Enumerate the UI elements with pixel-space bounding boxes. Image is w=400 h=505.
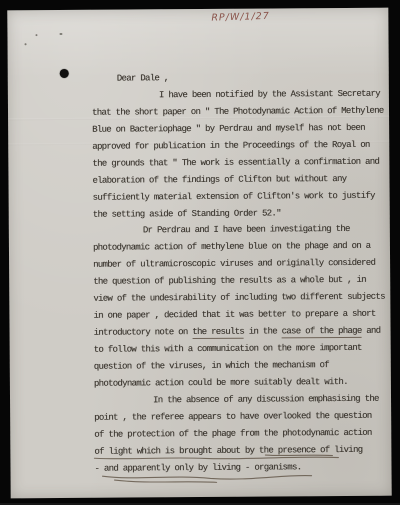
typed-text: photodynamic action of methylene blue on… <box>93 241 370 253</box>
typed-text: and <box>361 326 380 336</box>
letter-line: approved for publication in the Proceedi… <box>92 136 388 155</box>
letter-line: Dear Dale , <box>92 69 388 88</box>
typed-text: point , the referee appears to have over… <box>94 411 371 423</box>
typed-text: Dear Dale , <box>117 73 169 83</box>
letter-line: sufficiently material extension of Clift… <box>93 187 389 206</box>
letter-line: of the protection of the phage from the … <box>94 424 390 443</box>
typed-text: the grounds that " The work is essential… <box>92 156 379 168</box>
letter-body: Dear Dale ,I have been notified by the A… <box>92 69 391 478</box>
letter-line: point , the referee appears to have over… <box>94 407 390 426</box>
scan-frame: RP/W/1/27 Dear Dale ,I have been notifie… <box>0 0 400 505</box>
typed-text: question of the viruses, in which the me… <box>94 360 329 372</box>
typed-text: in one paper , decided that it was bette… <box>93 309 375 321</box>
typed-text: the question of publishing the results a… <box>93 275 366 287</box>
typed-text: photodynamic action could be more suitab… <box>94 377 348 389</box>
typed-text: number of ultramicroscopic viruses and o… <box>93 258 375 270</box>
typed-text: sufficiently material extension of Clift… <box>93 190 375 202</box>
pencil-underline <box>115 479 217 483</box>
typed-text: elaboration of the findings of Clifton b… <box>92 174 346 186</box>
letter-page: RP/W/1/27 Dear Dale ,I have been notifie… <box>7 8 391 499</box>
letter-line: In the absence of any discussion emphasi… <box>94 390 390 409</box>
typed-text: In the absence of any discussion emphasi… <box>153 394 379 406</box>
typed-text: approved for publication in the Proceedi… <box>92 140 369 152</box>
typed-text: the setting aside of Standing Order 52." <box>93 208 281 219</box>
typed-text: to follow this with a communication on t… <box>94 343 362 355</box>
typed-text: that the short paper on " The Photodynam… <box>92 106 384 118</box>
letter-line: introductory note on the results in the … <box>93 323 389 342</box>
letter-line: the setting aside of Standing Order 52." <box>93 204 389 223</box>
typed-text: Dr Perdrau and I have been investigating… <box>143 224 350 235</box>
ink-speck <box>59 33 62 35</box>
typed-text: I have been notified by the Assistant Se… <box>159 89 380 101</box>
letter-line: elaboration of the findings of Clifton b… <box>92 170 388 189</box>
letter-line: to follow this with a communication on t… <box>94 340 390 359</box>
letter-line: - and apparently only by living - organi… <box>94 458 390 477</box>
letter-line: Blue on Bacteriophage " by Perdrau and m… <box>92 119 388 138</box>
typed-text: in the <box>244 326 282 336</box>
ink-speck <box>35 34 37 36</box>
letter-line: the question of publishing the results a… <box>93 272 389 291</box>
typed-text: of light which is brought about by the p… <box>94 444 362 456</box>
letter-line: that the short paper on " The Photodynam… <box>92 103 388 122</box>
letter-line: question of the viruses, in which the me… <box>94 357 390 376</box>
letter-line: the grounds that " The work is essential… <box>92 153 388 172</box>
typed-text: view of the undesirability of including … <box>93 292 385 304</box>
letter-line: photodynamic action of methylene blue on… <box>93 238 389 257</box>
letter-line: view of the undesirability of including … <box>93 289 389 308</box>
letter-line: photodynamic action could be more suitab… <box>94 374 390 393</box>
ink-blot <box>60 69 69 78</box>
letter-line: of light which is brought about by the p… <box>94 441 390 460</box>
letter-line: in one paper , decided that it was bette… <box>93 306 389 325</box>
letter-line: number of ultramicroscopic viruses and o… <box>93 255 389 274</box>
pencil-underlined-text: case of the phage <box>282 326 362 338</box>
archival-reference: RP/W/1/27 <box>211 11 270 24</box>
ink-speck <box>25 43 27 45</box>
typed-text: Blue on Bacteriophage " by Perdrau and m… <box>92 123 365 135</box>
typed-text: introductory note on <box>94 327 193 338</box>
typed-text: - and apparently only by living - organi… <box>94 462 301 473</box>
typed-text: of the protection of the phage from the … <box>94 427 371 439</box>
letter-line: Dr Perdrau and I have been investigating… <box>93 221 389 240</box>
letter-line: I have been notified by the Assistant Se… <box>92 86 388 105</box>
pencil-underlined-text: the results <box>192 327 244 339</box>
